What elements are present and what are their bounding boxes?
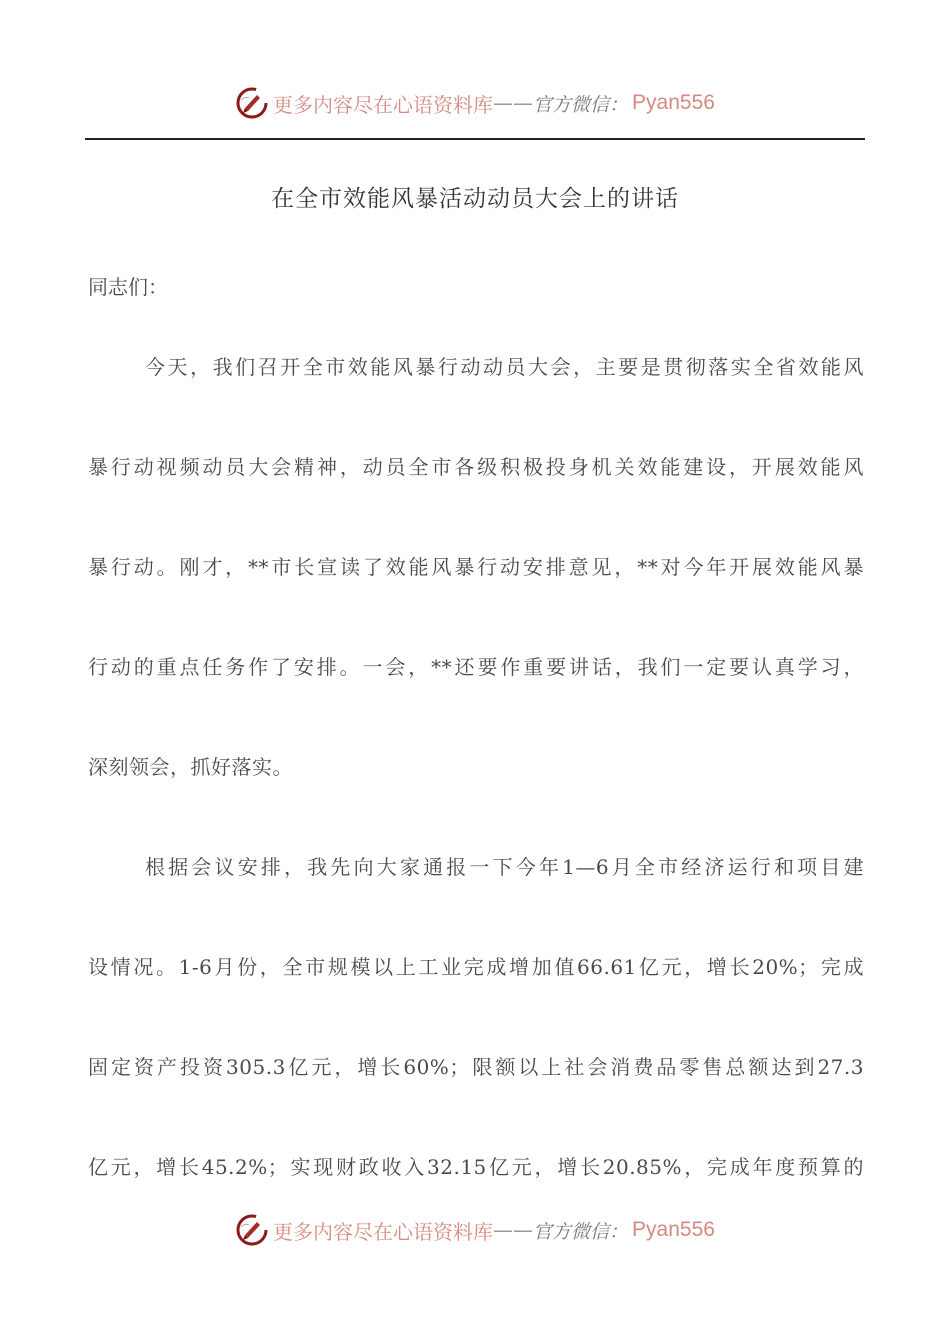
pen-logo-icon [235,1213,269,1247]
paragraph-line: 根据会议安排，我先向大家通报一下今年1—6月全市经济运行和项目建 [88,850,864,950]
footer-banner: 更多内容尽在心语资料库 —— 官方微信： Pyan556 [0,1210,950,1250]
wechat-id: Pyan556 [632,1218,715,1242]
wechat-label: 官方微信： [533,1217,628,1244]
banner-dash: —— [493,1218,533,1242]
paragraph-line: 今天，我们召开全市效能风暴行动动员大会，主要是贯彻落实全省效能风 [88,350,864,450]
pen-logo-icon [235,86,269,120]
document-title: 在全市效能风暴活动动员大会上的讲话 [0,180,950,213]
paragraph-2: 根据会议安排，我先向大家通报一下今年1—6月全市经济运行和项目建 设情况。1-6… [88,850,864,1250]
paragraph-line: 行动的重点任务作了安排。一会，**还要作重要讲话，我们一定要认真学习， [88,650,864,750]
header-divider [85,138,865,140]
document-body: 同志们： 今天，我们召开全市效能风暴行动动员大会，主要是贯彻落实全省效能风 暴行… [88,270,864,1250]
paragraph-line: 设情况。1-6月份，全市规模以上工业完成增加值66.61亿元，增长20%；完成 [88,950,864,1050]
paragraph-line: 暴行动视频动员大会精神，动员全市各级积极投身机关效能建设，开展效能风 [88,450,864,550]
wechat-label: 官方微信： [533,90,628,117]
salutation: 同志们： [88,270,864,350]
paragraph-line: 固定资产投资305.3亿元，增长60%；限额以上社会消费品零售总额达到27.3 [88,1050,864,1150]
header-banner: 更多内容尽在心语资料库 —— 官方微信： Pyan556 [0,83,950,123]
promo-text: 更多内容尽在心语资料库 [273,89,493,118]
wechat-id: Pyan556 [632,91,715,115]
banner-dash: —— [493,91,533,115]
paragraph-line: 暴行动。刚才，**市长宣读了效能风暴行动安排意见，**对今年开展效能风暴 [88,550,864,650]
paragraph-1: 今天，我们召开全市效能风暴行动动员大会，主要是贯彻落实全省效能风 暴行动视频动员… [88,350,864,850]
paragraph-line: 深刻领会，抓好落实。 [88,750,864,850]
promo-text: 更多内容尽在心语资料库 [273,1216,493,1245]
